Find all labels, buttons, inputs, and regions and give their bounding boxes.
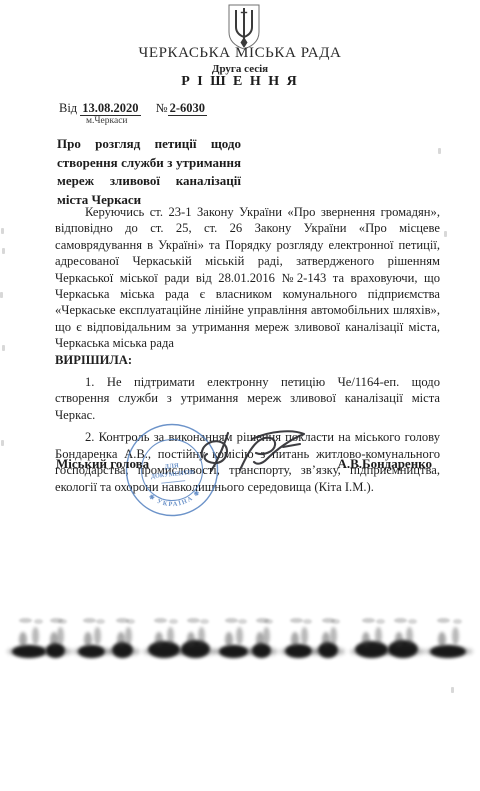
- ink-blob: [125, 627, 132, 645]
- ink-blob: [155, 632, 163, 647]
- ink-blob: [375, 627, 382, 645]
- ink-smudge-band: [0, 610, 480, 672]
- city-label: м.Черкаси: [86, 116, 128, 126]
- ink-blob: [181, 640, 210, 658]
- scan-speck: [451, 687, 454, 693]
- ink-blob: [303, 619, 312, 624]
- ink-blob: [322, 632, 330, 647]
- resolved-label: ВИРІШИЛА:: [55, 352, 440, 368]
- ink-blob: [32, 627, 39, 645]
- ink-blob: [430, 645, 466, 658]
- ink-blob: [376, 619, 385, 624]
- number-value: 2-6030: [168, 101, 207, 116]
- body-paragraph: Керуючись ст. 23-1 Закону України «Про з…: [55, 204, 440, 352]
- ink-blob: [96, 619, 105, 624]
- ink-blob: [83, 618, 96, 623]
- date-value: 13.08.2020: [80, 101, 140, 116]
- ink-blob: [187, 618, 200, 623]
- ink-blob: [148, 641, 180, 658]
- ink-blob: [187, 632, 195, 647]
- signer-name: А.В.Бондаренко: [337, 456, 432, 472]
- ink-blob: [291, 632, 299, 647]
- ink-blob: [453, 619, 462, 624]
- ink-blob: [167, 627, 174, 645]
- ink-blob: [438, 632, 446, 647]
- ink-blob: [169, 619, 178, 624]
- ink-blob: [437, 618, 450, 623]
- scan-speck: [438, 148, 441, 154]
- resolution-item-1: 1. Не підтримати електронну петицію Че/1…: [55, 374, 440, 423]
- ink-blob: [395, 632, 403, 647]
- svg-text:✱ УКРАЇНА ✱: ✱ УКРАЇНА ✱: [147, 488, 204, 511]
- ink-blob: [225, 618, 238, 623]
- ink-blob: [264, 619, 273, 624]
- decision-document: ЧЕРКАСЬКА МІСЬКА РАДА Друга сесія Р І Ш …: [0, 0, 480, 791]
- ink-blob: [331, 619, 340, 624]
- ink-blob: [78, 645, 105, 658]
- ink-blob: [126, 619, 135, 624]
- signer-position: Міський голова: [56, 456, 149, 472]
- ink-blob: [19, 618, 32, 623]
- ink-blob: [198, 627, 205, 645]
- ink-blob: [34, 619, 43, 624]
- ink-blob: [394, 618, 407, 623]
- ink-blob: [154, 618, 167, 623]
- ink-blob: [200, 619, 209, 624]
- ink-blob: [94, 627, 101, 645]
- tryzub-icon: [226, 4, 262, 50]
- ink-blob: [263, 627, 270, 645]
- scan-speck: [444, 231, 447, 237]
- ink-blob: [236, 627, 243, 645]
- ink-blob: [408, 619, 417, 624]
- date-line: Від 13.08.2020 №2-6030: [59, 101, 207, 116]
- org-name: ЧЕРКАСЬКА МІСЬКА РАДА: [0, 45, 480, 62]
- ink-blob: [388, 640, 418, 658]
- date-label: Від: [59, 101, 77, 115]
- ink-blob: [406, 627, 413, 645]
- scan-speck: [2, 345, 5, 351]
- doc-type-heading: Р І Ш Е Н Н Я: [0, 74, 480, 90]
- ink-blob: [58, 619, 67, 624]
- ink-blob: [225, 632, 233, 647]
- ink-blob: [362, 632, 370, 647]
- ink-blob: [301, 627, 308, 645]
- scan-speck: [2, 248, 5, 254]
- ink-blob: [452, 627, 459, 645]
- ink-blob: [219, 645, 248, 658]
- document-title: Про розгляд петиції щодо створення служб…: [57, 135, 241, 209]
- scan-speck: [1, 440, 4, 446]
- ink-blob: [290, 618, 303, 623]
- ink-blob: [238, 619, 247, 624]
- ink-blob: [362, 618, 375, 623]
- ink-blob: [117, 632, 125, 647]
- ink-blob: [330, 627, 337, 645]
- stamp-bottom-text: ✱ УКРАЇНА ✱: [147, 488, 204, 511]
- number-label: №: [156, 101, 168, 115]
- ink-blob: [285, 644, 312, 658]
- scan-speck: [1, 228, 4, 234]
- ink-blob: [19, 632, 27, 647]
- scan-speck: [0, 292, 3, 298]
- signature-row: Міський голова А.В.Бондаренко: [56, 456, 432, 472]
- ink-blob: [57, 627, 64, 645]
- ink-blob: [84, 632, 92, 647]
